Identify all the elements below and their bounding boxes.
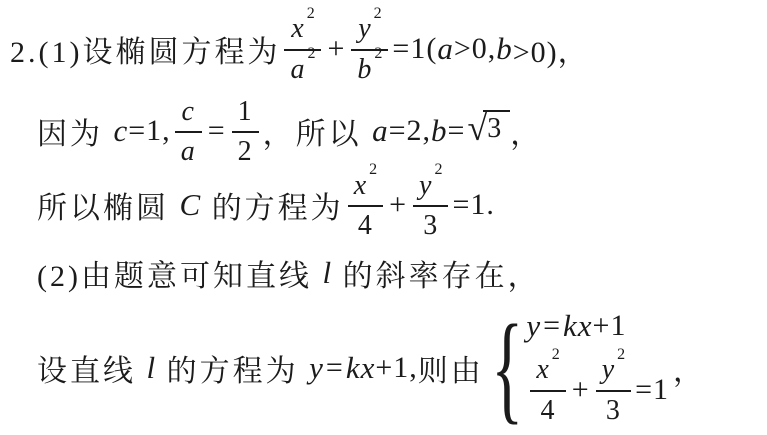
fraction-y2-over-3: y2 3	[596, 352, 631, 426]
fraction-denominator: a2	[284, 51, 321, 86]
system-equation-2: x2 4 + y2 3 =1	[526, 352, 669, 426]
variable-a: a	[437, 31, 454, 67]
plus-operator: +	[389, 188, 407, 222]
variable-ellipse-C: C	[180, 187, 202, 223]
variable-kx: kx	[346, 350, 376, 386]
equals-one-period: =1.	[452, 188, 494, 222]
variable-b: b	[496, 31, 513, 67]
greater-than-zero-close: >0)，	[513, 27, 589, 71]
solution-line-3: 所以椭圆 C 的方程为 x2 4 + y2 3 =1.	[0, 165, 767, 245]
exponent: 2	[307, 5, 315, 22]
greater-than-zero: >0,	[454, 32, 496, 66]
fraction-numerator: x2	[284, 11, 321, 50]
exponent: 2	[307, 45, 315, 62]
fraction-x2-over-4: x2 4	[530, 352, 565, 426]
left-brace-icon: {	[491, 313, 523, 423]
exponent: 2	[552, 346, 560, 363]
exponent: 2	[369, 161, 377, 178]
equals-operator: =	[326, 351, 344, 385]
fraction-denominator: 2	[232, 133, 259, 168]
variable-a: a	[372, 113, 389, 149]
exponent: 2	[434, 161, 442, 178]
line1-lead-text: 2.(1)设椭圆方程为	[10, 27, 280, 71]
fraction-denominator: b2	[351, 51, 388, 86]
line5-mid-text: 的方程为	[156, 346, 309, 390]
line3-mid-text: 的方程为	[201, 183, 344, 227]
fraction-c-over-a: c a	[175, 94, 202, 168]
fraction-denominator: a	[175, 133, 202, 168]
fraction-denominator: 3	[596, 392, 631, 427]
fraction-numerator: y2	[413, 168, 448, 207]
fraction-numerator: 1	[232, 94, 259, 133]
equals-operator: =	[448, 114, 466, 148]
system-equation-1: y = kx +1	[526, 308, 626, 344]
exponent: 2	[617, 346, 625, 363]
line5-tail-comma: ，	[673, 346, 703, 390]
plus-one-comma: +1,	[375, 351, 417, 385]
equals-one: =1,	[128, 114, 170, 148]
exponent: 2	[374, 5, 382, 22]
line5-lead-text: 设直线	[37, 346, 147, 390]
variable-line-l: l	[147, 350, 157, 386]
equals-two: =2,	[389, 114, 431, 148]
fraction-denominator: 3	[413, 207, 448, 242]
radicand: 3	[483, 110, 510, 145]
equals-one: =1	[635, 373, 669, 407]
line2-lead-text: 因为	[37, 109, 114, 153]
fraction-y2-over-b2: y2 b2	[351, 11, 388, 85]
line3-lead-text: 所以椭圆	[37, 183, 180, 227]
variable-b: b	[431, 113, 448, 149]
exponent: 2	[374, 45, 382, 62]
math-solution-page: 2.(1)设椭圆方程为 x2 a2 + y2 b2 =1( a >0, b >0…	[0, 0, 767, 435]
system-equations: y = kx +1 x2 4 + y2 3 =1	[526, 308, 669, 426]
line4-lead-text: (2)由题意可知直线	[37, 251, 322, 295]
line2-tail-comma: ，	[510, 109, 543, 153]
variable-line-l: l	[322, 255, 332, 291]
fraction-denominator: 4	[348, 207, 383, 242]
fraction-numerator: y2	[596, 352, 631, 391]
fraction-x2-over-a2: x2 a2	[284, 11, 321, 85]
line5-then-text: 则由	[418, 346, 484, 390]
square-root-of-three: √ 3	[467, 113, 510, 149]
plus-operator: +	[327, 32, 345, 66]
equation-system: { y = kx +1 x2 4 + y2 3	[488, 308, 669, 426]
fraction-x2-over-4: x2 4	[348, 168, 383, 242]
fraction-y2-over-3: y2 3	[413, 168, 448, 242]
fraction-numerator: x2	[348, 168, 383, 207]
fraction-numerator: y2	[351, 11, 388, 50]
equals-one-paren: =1(	[392, 32, 437, 66]
variable-c: c	[114, 113, 129, 149]
plus-one: +1	[593, 309, 627, 343]
solution-line-4: (2)由题意可知直线 l 的斜率存在，	[0, 245, 767, 300]
solution-line-2: 因为 c =1, c a = 1 2 ，所以 a =2, b = √ 3 ，	[0, 97, 767, 165]
line4-tail-text: 的斜率存在，	[332, 251, 541, 295]
fraction-one-half: 1 2	[232, 94, 259, 168]
line2-mid-text: ，所以	[263, 109, 373, 153]
fraction-numerator: x2	[530, 352, 565, 391]
variable-y: y	[309, 350, 324, 386]
plus-operator: +	[572, 373, 590, 407]
solution-line-1: 2.(1)设椭圆方程为 x2 a2 + y2 b2 =1( a >0, b >0…	[0, 0, 767, 97]
equals-operator: =	[208, 114, 226, 148]
fraction-denominator: 4	[530, 392, 565, 427]
fraction-numerator: c	[175, 94, 202, 133]
solution-line-5: 设直线 l 的方程为 y = kx +1, 则由 { y = kx +1 x2 …	[0, 300, 767, 435]
equals-operator: =	[543, 309, 561, 343]
